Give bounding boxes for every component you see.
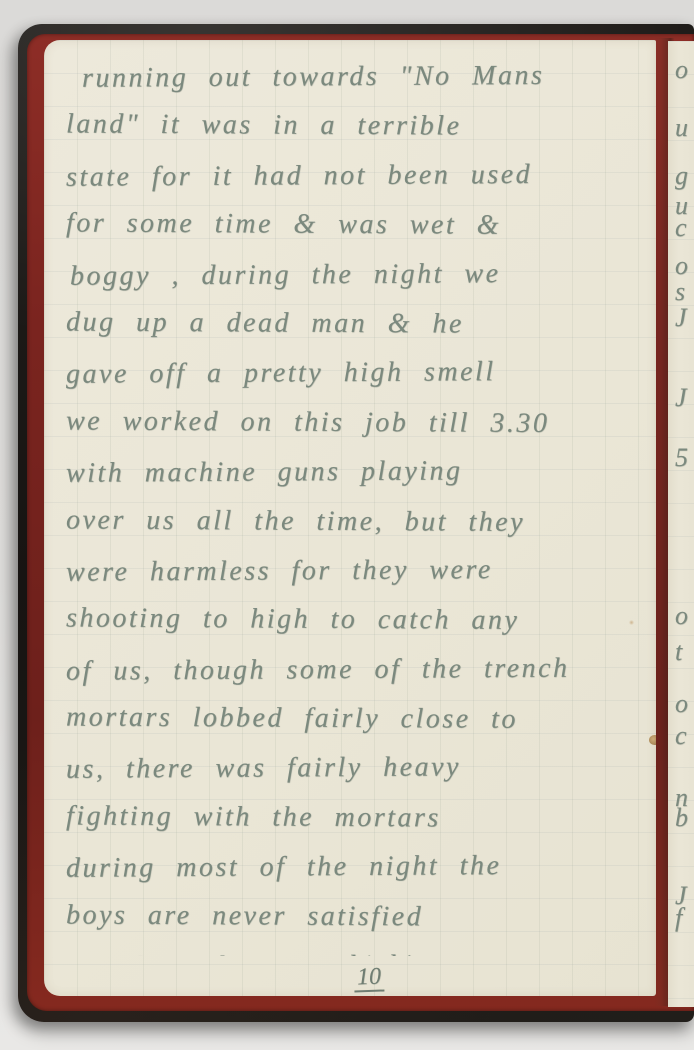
handwriting-line: were harmless for they were	[66, 544, 654, 597]
handwriting-line: dug up a dead man & he	[66, 297, 654, 349]
photo-background: running out towards "No Mans land" it wa…	[0, 0, 694, 1050]
handwriting-line: land" it was in a terrible	[66, 100, 654, 152]
handwriting-line: we worked on this job till 3.30	[66, 396, 654, 448]
handwriting-fragment: u	[675, 113, 688, 143]
handwriting-line: shooting to high to catch any	[66, 594, 654, 646]
page-number: 10	[354, 963, 385, 992]
handwriting-fragment: o	[675, 689, 688, 719]
handwriting-block: running out towards "No Mans land" it wa…	[66, 52, 654, 956]
handwriting-fragment: J	[675, 303, 687, 333]
handwriting-line: boys are never satisfied	[66, 890, 654, 942]
handwriting-line: state for it had not been used	[66, 149, 654, 202]
handwriting-line: boggy , during the night we	[70, 248, 654, 301]
handwriting-line: for some time & was wet &	[66, 199, 654, 251]
handwriting-fragment: 5	[675, 443, 688, 473]
handwriting-line: running out towards "No Mans	[82, 52, 654, 103]
handwriting-fragment: c	[675, 721, 687, 751]
handwriting-fragment: g	[675, 161, 688, 191]
handwriting-fragment: b	[675, 803, 688, 833]
diary-notebook: running out towards "No Mans land" it wa…	[18, 24, 694, 1022]
paper-blemish	[629, 620, 634, 625]
handwriting-line: with machine guns playing	[66, 445, 654, 498]
diary-left-page: running out towards "No Mans land" it wa…	[44, 40, 656, 996]
handwriting-fragment: J	[675, 383, 687, 413]
handwriting-line: gave off a pretty high smell	[66, 347, 654, 400]
facing-page-sliver: ougucosJJ5otocnbJf	[668, 41, 694, 1007]
handwriting-fragment: o	[675, 55, 688, 85]
handwriting-fragment: c	[675, 213, 687, 243]
handwriting-fragment: f	[675, 903, 682, 933]
handwriting-line: us, there was fairly heavy	[66, 742, 654, 795]
handwriting-line: unless they are kicking up	[102, 939, 654, 956]
handwriting-line: mortars lobbed fairly close to	[66, 693, 654, 745]
handwriting-fragment: t	[675, 637, 682, 667]
handwriting-line: of us, though some of the trench	[66, 643, 654, 696]
handwriting-fragment: o	[675, 601, 688, 631]
handwriting-line: over us all the time, but they	[66, 495, 654, 547]
handwriting-line: during most of the night the	[66, 840, 654, 893]
handwriting-line: fighting with the mortars	[66, 791, 654, 843]
